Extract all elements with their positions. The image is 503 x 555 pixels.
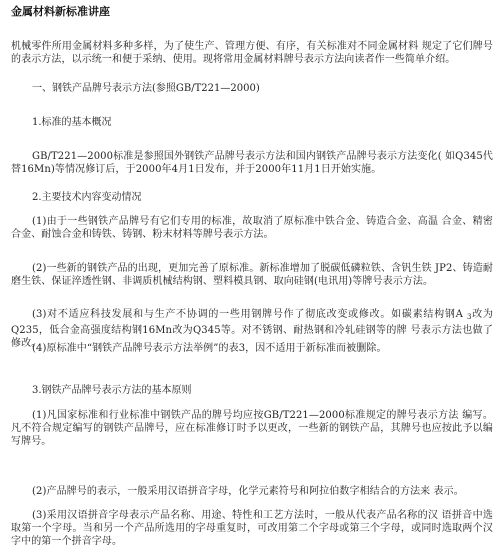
change-item-2: (2)一些新的钢铁产品的出现，更加完善了原标准。新标准增加了脱碳低磷粒铁、含钒生… [11,262,493,288]
principle-item-3: (3)采用汉语拼音字母表示产品名称、用途、特性和工艺方法时，一般从代表产品名称的… [11,509,493,548]
section-heading-1: 一、钢铁产品牌号表示方法(参照GB/T221—2000) [32,82,260,95]
document-title: 金属材料新标准讲座 [11,3,110,19]
change-item-1: (1)由于一些钢铁产品牌号有它们专用的标准，故取消了原标准中铁合金、铸造合金、高… [11,215,493,241]
principle-item-1: (1)凡国家标准和行业标准中钢铁产品的牌号均应按GB/T221—2000标准规定… [11,409,493,448]
intro-paragraph: 机械零件所用金属材料多种多样，为了使生产、管理方便、有序，有关标准对不同金属材料… [11,40,493,66]
subheading-standard-overview: 1.标准的基本概况 [32,116,112,129]
principle-item-2: (2)产品牌号的表示，一般采用汉语拼音字母，化学元素符号和阿拉伯数字相结合的方法… [11,485,493,498]
change-item-3-text: (3)对不适应科技发展和与生产不协调的一些用钢牌号作了彻底改变或修改。如碳素结构… [32,309,463,320]
subheading-technical-changes: 2.主要技术内容变动情况 [32,191,142,204]
subheading-basic-principles: 3.钢铁产品牌号表示方法的基本原则 [32,384,192,397]
change-item-4: (4)原标准中“钢铁产品牌号表示方法举例”的表3，因不适用于新标准而被删除。 [11,342,493,355]
overview-paragraph: GB/T221—2000标准是参照国外钢铁产品牌号表示方法和国内钢铁产品牌号表示… [11,150,493,176]
